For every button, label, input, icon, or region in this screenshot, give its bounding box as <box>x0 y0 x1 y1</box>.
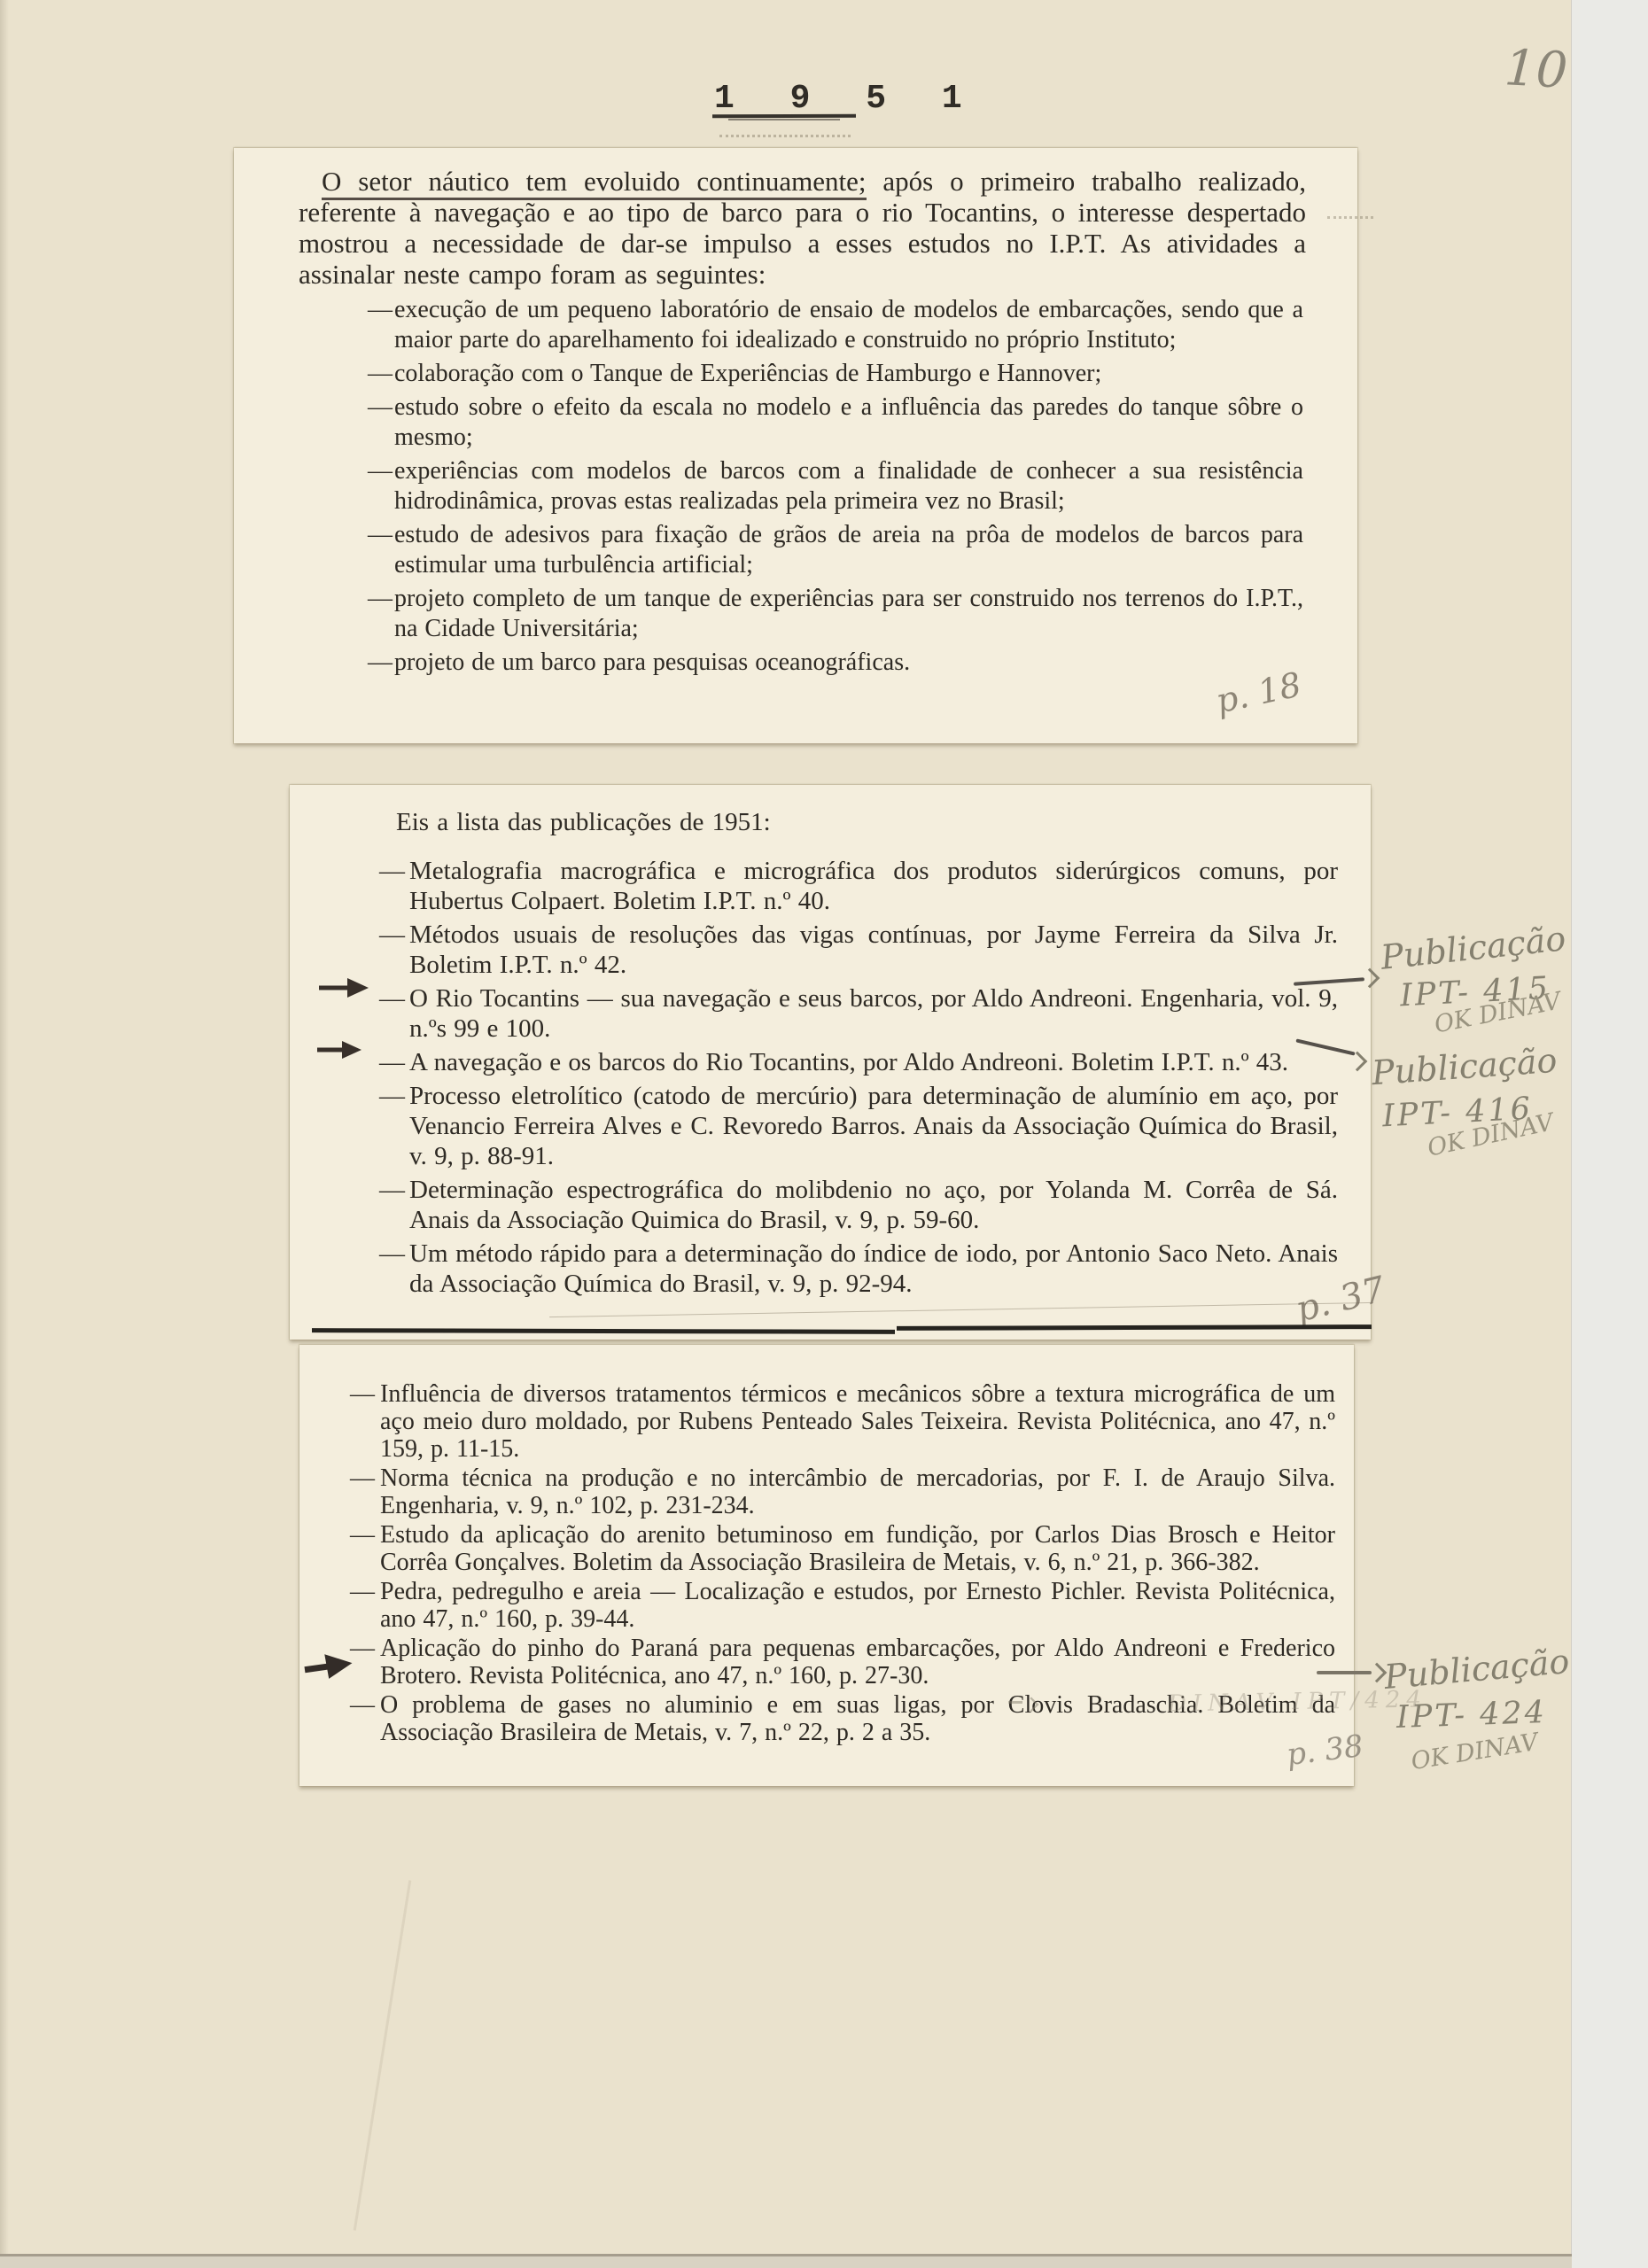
margin-arrow-icon <box>317 975 369 1006</box>
paper-crease <box>354 1880 412 2231</box>
activity-item: —estudo de adesivos para fixação de grão… <box>368 520 1303 580</box>
item-dash: — <box>368 295 394 325</box>
item-dash: — <box>350 1635 380 1662</box>
item-dash: — <box>350 1691 380 1719</box>
activity-item: —projeto completo de um tanque de experi… <box>368 584 1303 644</box>
publication-item: —Métodos usuais de resoluções das vigas … <box>379 920 1338 980</box>
publications-heading: Eis a lista das publicações de 1951: <box>396 808 771 837</box>
publication-item: —Aplicação do pinho do Paraná para peque… <box>350 1635 1335 1689</box>
item-dash: — <box>379 1047 409 1077</box>
publication-item: —O Rio Tocantins — sua navegação e seus … <box>379 983 1338 1044</box>
activity-item: —execução de um pequeno laboratório de e… <box>368 295 1303 355</box>
title-dotted-marks <box>719 135 851 137</box>
year-title: 1 9 5 1 <box>714 80 980 118</box>
connector-line <box>1317 1671 1372 1674</box>
publication-item: —Pedra, pedregulho e areia — Localização… <box>350 1578 1335 1633</box>
publication-item: —Metalografia macrográfica e micrográfic… <box>379 856 1338 916</box>
publication-item: —Influência de diversos tratamentos térm… <box>350 1380 1335 1463</box>
margin-note-line: Publicação <box>1382 1642 1570 1697</box>
scanner-edge-strip <box>1571 0 1648 2268</box>
scanned-document-page: 10 1 9 5 1 O setor náutico tem evoluido … <box>0 0 1648 2268</box>
activity-item: —experiências com modelos de barcos com … <box>368 456 1303 517</box>
title-underline-second <box>728 119 840 120</box>
publication-item: —Processo eletrolítico (catodo de mercúr… <box>379 1081 1338 1171</box>
item-dash: — <box>368 456 394 486</box>
publication-item: —Norma técnica na produção e no intercâm… <box>350 1464 1335 1519</box>
clipping-publications-2: —Influência de diversos tratamentos térm… <box>299 1345 1354 1786</box>
item-dash: — <box>379 983 409 1014</box>
item-dash: — <box>379 856 409 886</box>
margin-note-line: Publicação <box>1379 919 1567 977</box>
clipping-publications-1: Eis a lista das publicações de 1951: —Me… <box>290 785 1371 1340</box>
margin-note-line: OK DINAV <box>1409 1728 1540 1775</box>
publication-item: —A navegação e os barcos do Rio Tocantin… <box>379 1047 1338 1077</box>
page-left-shadow <box>0 0 9 2268</box>
item-dash: — <box>368 359 394 389</box>
item-dash: — <box>350 1380 380 1408</box>
publications-list-1: —Metalografia macrográfica e micrográfic… <box>379 856 1338 1302</box>
page-number-handwritten: 10 <box>1503 39 1569 100</box>
page-bottom-fade <box>0 2256 1572 2268</box>
item-dash: — <box>368 648 394 678</box>
report-paragraph: O setor náutico tem evoluido continuamen… <box>299 166 1306 290</box>
activity-item: —colaboração com o Tanque de Experiência… <box>368 359 1303 389</box>
margin-arrow-icon <box>315 1038 361 1066</box>
clipping-report: O setor náutico tem evoluido continuamen… <box>234 148 1357 743</box>
item-dash: — <box>350 1521 380 1549</box>
publication-item: —Determinação espectrográfica do molibde… <box>379 1175 1338 1235</box>
margin-arrow-icon <box>301 1649 354 1689</box>
item-dash: — <box>379 1081 409 1111</box>
margin-note-line: Publicação <box>1371 1041 1559 1093</box>
item-dash: — <box>379 920 409 950</box>
item-dash: — <box>379 1175 409 1205</box>
publication-item: —Um método rápido para a determinação do… <box>379 1239 1338 1299</box>
item-dash: — <box>379 1239 409 1269</box>
faint-pencil-dash <box>1008 1701 1022 1704</box>
activity-item: —estudo sobre o efeito da escala no mode… <box>368 392 1303 453</box>
item-dash: — <box>368 392 394 423</box>
activities-list: —execução de um pequeno laboratório de e… <box>368 295 1303 681</box>
activity-item: —projeto de um barco para pesquisas ocea… <box>368 648 1303 678</box>
publication-item: —Estudo da aplicação do arenito betumino… <box>350 1521 1335 1576</box>
stray-pencil-dots <box>1327 216 1373 219</box>
title-underline <box>712 114 856 119</box>
item-dash: — <box>350 1464 380 1492</box>
item-dash: — <box>368 584 394 614</box>
underlined-lead-sentence: O setor náutico tem evoluido continuamen… <box>322 166 867 200</box>
item-dash: — <box>350 1578 380 1605</box>
item-dash: — <box>368 520 394 550</box>
